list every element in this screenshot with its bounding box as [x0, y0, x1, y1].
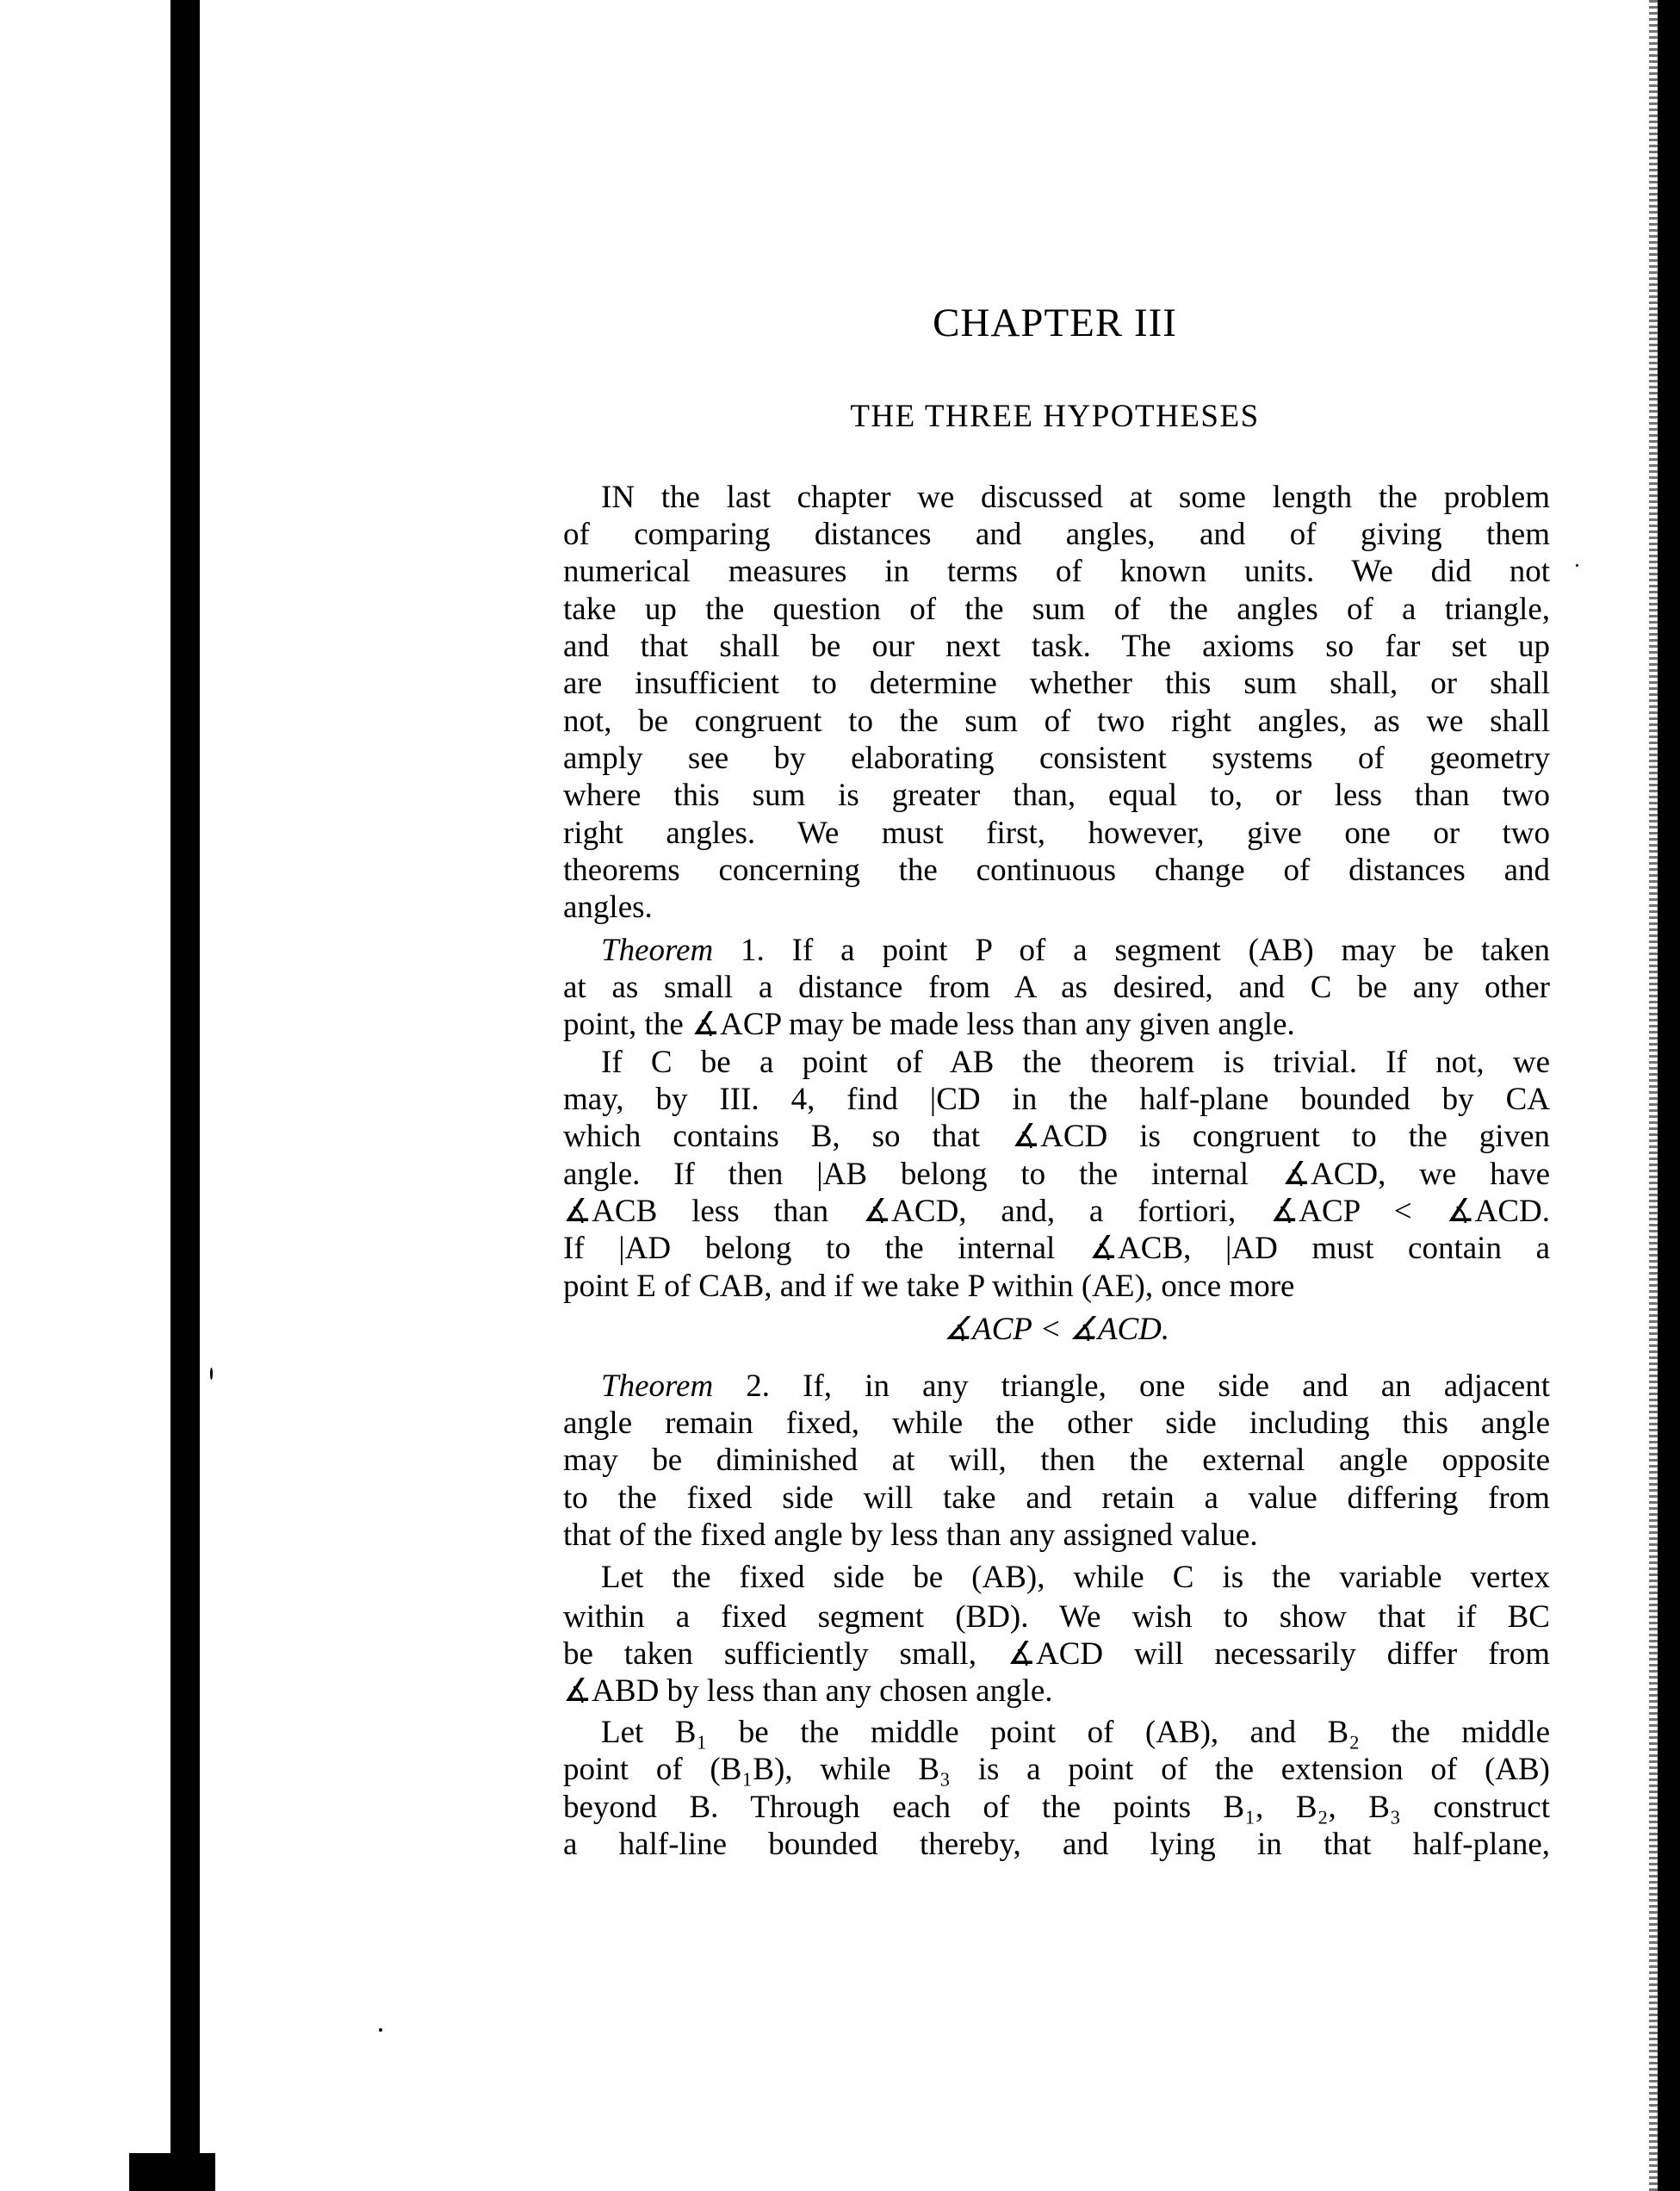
text-line: angle. If then |AB belong to the interna… — [563, 1156, 1550, 1193]
text-line: a half-line bounded thereby, and lying i… — [563, 1826, 1550, 1863]
text-line: take up the question of the sum of the a… — [563, 591, 1550, 628]
text-line: not, be congruent to the sum of two righ… — [563, 703, 1550, 740]
text-line: Let B₁ be the middle point of (AB), and … — [601, 1714, 1550, 1751]
section-heading: THE THREE HYPOTHESES — [775, 398, 1335, 435]
theorem-label: Theorem — [601, 1369, 713, 1404]
text-line: angle remain fixed, while the other side… — [563, 1405, 1550, 1442]
text-line: which contains B, so that ∡ACD is congru… — [563, 1118, 1550, 1155]
text-line: If C be a point of AB the theorem is tri… — [601, 1044, 1550, 1081]
text-line: within a fixed segment (BD). We wish to … — [563, 1598, 1550, 1635]
text-line: IN the last chapter we discussed at some… — [601, 479, 1550, 516]
left-binding-foot-shadow — [129, 2153, 215, 2191]
text-line: to the fixed side will take and retain a… — [563, 1480, 1550, 1517]
text-line: ∡ACB less than ∡ACD, and, a fortiori, ∡A… — [563, 1193, 1550, 1230]
text-line: that of the fixed angle by less than any… — [563, 1517, 1550, 1554]
text-line: may, by III. 4, find |CD in the half-pla… — [563, 1081, 1550, 1118]
display-formula: ∡ACP < ∡ACD. — [563, 1311, 1550, 1348]
right-edge-shadow — [1658, 0, 1680, 2191]
text-line: right angles. We must first, however, gi… — [563, 815, 1550, 852]
scan-speck — [210, 1368, 213, 1380]
text-line: theorems concerning the continuous chang… — [563, 852, 1550, 889]
text-line: point of (B₁B), while B₃ is a point of t… — [563, 1751, 1550, 1788]
scan-speck — [379, 2028, 382, 2032]
text-line: point E of CAB, and if we take P within … — [563, 1268, 1550, 1305]
theorem-number: 1. — [741, 933, 765, 968]
text-line: may be diminished at will, then the exte… — [563, 1442, 1550, 1479]
text-line: are insufficient to determine whether th… — [563, 665, 1550, 702]
text-line: where this sum is greater than, equal to… — [563, 777, 1550, 814]
scan-speck — [1576, 564, 1578, 567]
text-line: angles. — [563, 889, 1550, 926]
left-binding-shadow — [170, 0, 200, 2191]
text-line: beyond B. Through each of the points B₁,… — [563, 1789, 1550, 1826]
text-line: ∡ABD by less than any chosen angle. — [563, 1673, 1550, 1710]
text-line: at as small a distance from A as desired… — [563, 969, 1550, 1006]
theorem-label: Theorem — [601, 933, 713, 968]
text-line: of comparing distances and angles, and o… — [563, 516, 1550, 553]
text-line: numerical measures in terms of known uni… — [563, 553, 1550, 590]
text-line: point, the ∡ACP may be made less than an… — [563, 1006, 1550, 1043]
text-line: Theorem 2. If, in any triangle, one side… — [601, 1368, 1550, 1405]
text-line: be taken sufficiently small, ∡ACD will n… — [563, 1635, 1550, 1673]
text-line: Theorem 1. If a point P of a segment (AB… — [601, 932, 1550, 969]
text-line: If |AD belong to the internal ∡ACB, |AD … — [563, 1230, 1550, 1267]
text-line: and that shall be our next task. The axi… — [563, 628, 1550, 665]
text-line: Let the fixed side be (AB), while C is t… — [601, 1559, 1550, 1596]
chapter-heading: CHAPTER III — [861, 300, 1249, 346]
theorem-text: If, in any triangle, one side and an adj… — [770, 1369, 1550, 1404]
theorem-text: If a point P of a segment (AB) may be ta… — [765, 933, 1550, 968]
text-line: amply see by elaborating consistent syst… — [563, 740, 1550, 777]
theorem-number: 2. — [746, 1369, 770, 1404]
